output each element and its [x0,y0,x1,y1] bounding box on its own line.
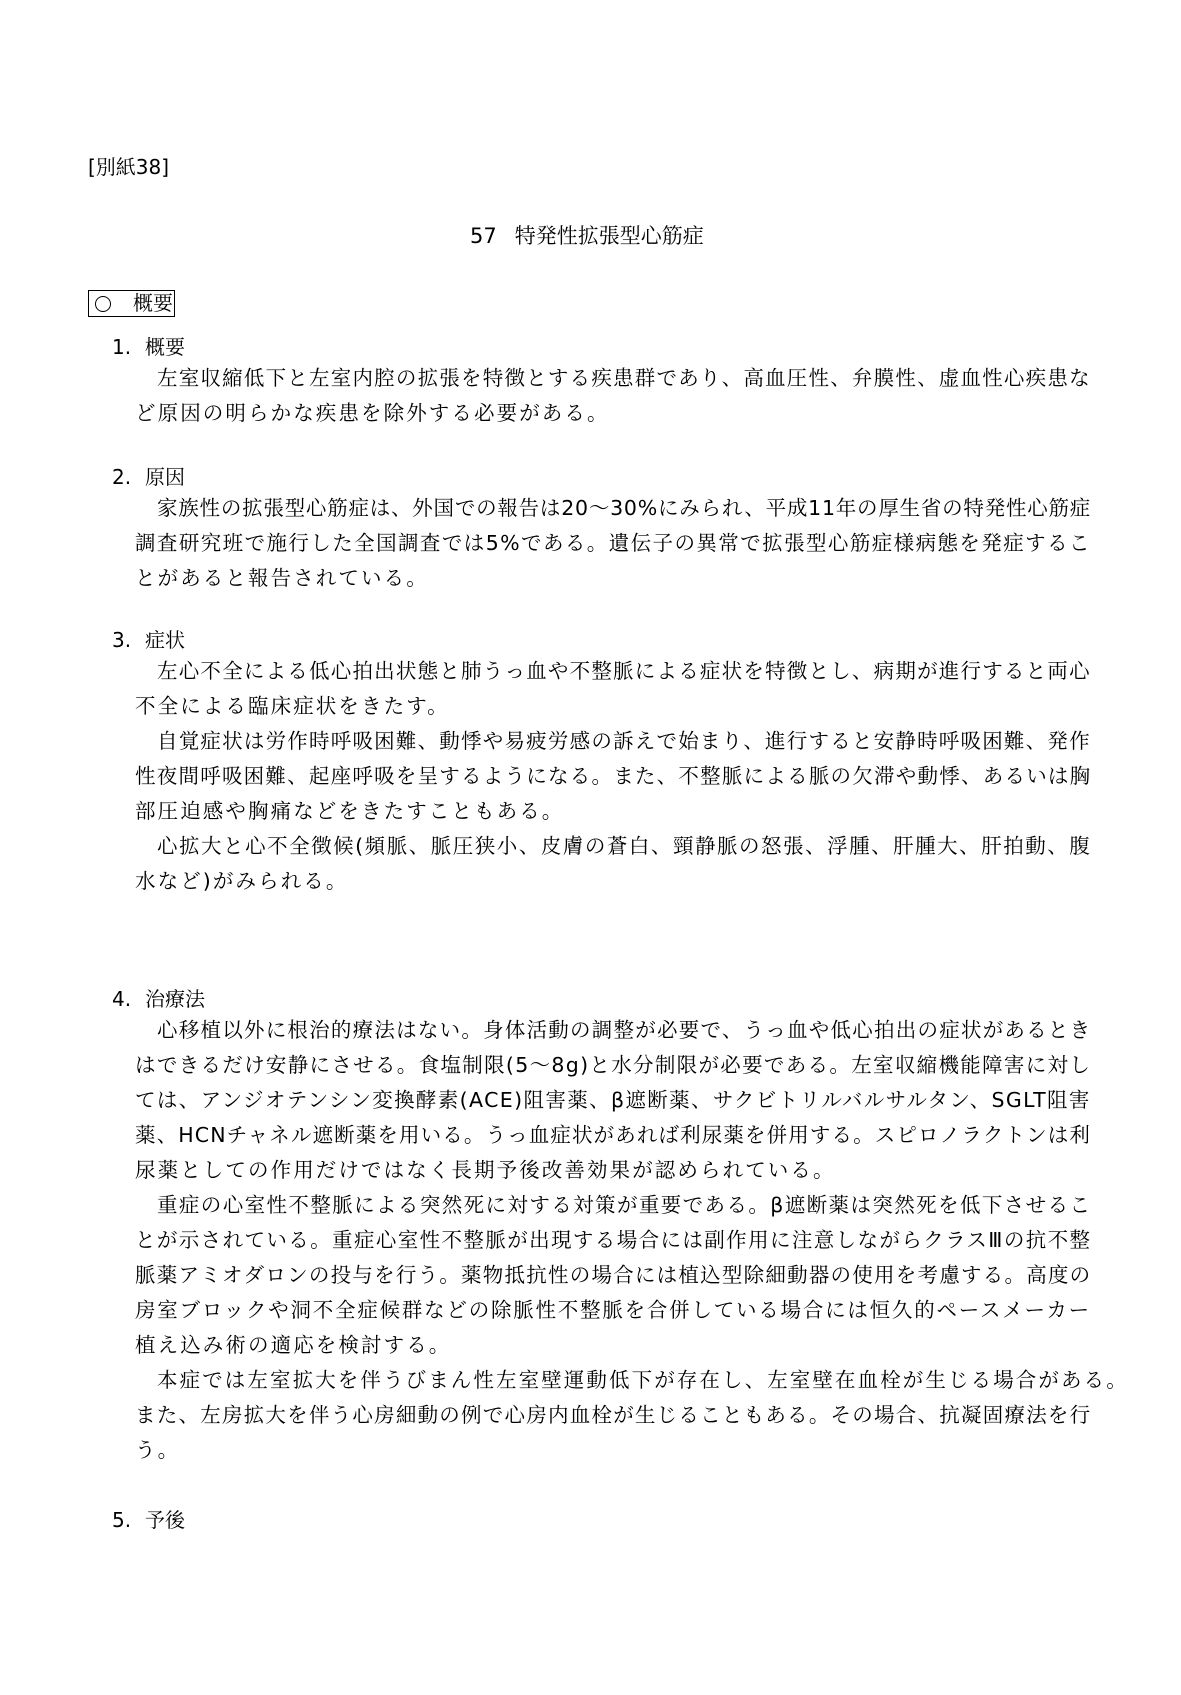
text-line: 自覚症状は労作時呼吸困難、動悸や易疲労感の訴えで始まり、進行すると安静時呼吸困難… [135,724,1091,759]
section-number: 5. [112,1506,145,1534]
text-line: 調査研究班で施行した全国調査では5%である。遺伝子の異常で拡張型心筋症様病態を発… [135,526,1091,561]
section-body: 心移植以外に根治的療法はない。身体活動の調整が必要で、うっ血や低心拍出の症状があ… [135,1013,1091,1468]
text-line: 家族性の拡張型心筋症は、外国での報告は20～30%にみられ、平成11年の厚生省の… [135,491,1091,526]
text-line: 薬、HCNチャネル遮断薬を用いる。うっ血症状があれば利尿薬を併用する。スピロノラ… [135,1118,1091,1153]
text-line: 脈薬アミオダロンの投与を行う。薬物抵抗性の場合には植込型除細動器の使用を考慮する… [135,1258,1091,1293]
section-title: 治療法 [145,987,205,1011]
text-line: とがあると報告されている。 [135,561,1091,596]
section-heading: 4.治療法 [112,985,1092,1013]
section-title: 症状 [145,628,185,652]
text-line: 植え込み術の適応を検討する。 [135,1328,1091,1363]
section-cause: 2.原因 家族性の拡張型心筋症は、外国での報告は20～30%にみられ、平成11年… [112,463,1092,596]
section-overview: 1.概要 左室収縮低下と左室内腔の拡張を特徴とする疾患群であり、高血圧性、弁膜性… [112,333,1092,431]
text-line: 部圧迫感や胸痛などをきたすこともある。 [135,794,1091,829]
text-line: 左室収縮低下と左室内腔の拡張を特徴とする疾患群であり、高血圧性、弁膜性、虚血性心… [135,361,1091,396]
text-line: ては、アンジオテンシン変換酵素(ACE)阻害薬、β遮断薬、サクビトリルバルサルタ… [135,1083,1091,1118]
section-number: 4. [112,985,145,1013]
text-line: 不全による臨床症状をきたす。 [135,689,1091,724]
text-line: 重症の心室性不整脈による突然死に対する対策が重要である。β遮断薬は突然死を低下さ… [135,1188,1091,1223]
text-line: 房室ブロックや洞不全症候群などの除脈性不整脈を合併している場合には恒久的ペースメ… [135,1293,1091,1328]
circle-icon [95,296,111,312]
section-symptoms: 3.症状 左心不全による低心拍出状態と肺うっ血や不整脈による症状を特徴とし、病期… [112,626,1092,899]
section-title: 原因 [145,465,185,489]
section-body: 家族性の拡張型心筋症は、外国での報告は20～30%にみられ、平成11年の厚生省の… [135,491,1091,596]
section-heading: 1.概要 [112,333,1092,361]
text-line: 性夜間呼吸困難、起座呼吸を呈するようになる。また、不整脈による脈の欠滞や動悸、あ… [135,759,1091,794]
page-title: 57特発性拡張型心筋症 [470,222,704,250]
text-line: 本症では左室拡大を伴うびまん性左室壁運動低下が存在し、左室壁在血栓が生じる場合が… [135,1363,1091,1398]
section-heading: 2.原因 [112,463,1092,491]
text-line: 心移植以外に根治的療法はない。身体活動の調整が必要で、うっ血や低心拍出の症状があ… [135,1013,1091,1048]
overview-section-box: 概要 [88,290,175,317]
section-body: 左室収縮低下と左室内腔の拡張を特徴とする疾患群であり、高血圧性、弁膜性、虚血性心… [135,361,1091,431]
text-line: はできるだけ安静にさせる。食塩制限(5～8g)と水分制限が必要である。左室収縮機… [135,1048,1091,1083]
section-prognosis: 5.予後 [112,1506,1092,1534]
text-line: また、左房拡大を伴う心房細動の例で心房内血栓が生じることもある。その場合、抗凝固… [135,1398,1091,1433]
section-body: 左心不全による低心拍出状態と肺うっ血や不整脈による症状を特徴とし、病期が進行する… [135,654,1091,899]
section-title: 概要 [145,335,185,359]
section-box-label: 概要 [133,291,173,315]
section-heading: 3.症状 [112,626,1092,654]
document-page: [別紙38] 57特発性拡張型心筋症 概要 1.概要 左室収縮低下と左室内腔の拡… [0,0,1181,1695]
annex-label: [別紙38] [88,153,169,181]
text-line: 左心不全による低心拍出状態と肺うっ血や不整脈による症状を特徴とし、病期が進行する… [135,654,1091,689]
section-number: 1. [112,333,145,361]
text-line: ど原因の明らかな疾患を除外する必要がある。 [135,396,1091,431]
text-line: 尿薬としての作用だけではなく長期予後改善効果が認められている。 [135,1153,1091,1188]
title-number: 57 [470,224,497,248]
text-line: とが示されている。重症心室性不整脈が出現する場合には副作用に注意しながらクラスⅢ… [135,1223,1091,1258]
section-heading: 5.予後 [112,1506,1092,1534]
text-line: 心拡大と心不全徴候(頻脈、脈圧狭小、皮膚の蒼白、頸静脈の怒張、浮腫、肝腫大、肝拍… [135,829,1091,864]
section-number: 3. [112,626,145,654]
section-title: 予後 [145,1508,185,1532]
section-treatment: 4.治療法 心移植以外に根治的療法はない。身体活動の調整が必要で、うっ血や低心拍… [112,985,1092,1468]
section-number: 2. [112,463,145,491]
title-text: 特発性拡張型心筋症 [515,224,704,248]
text-line: う。 [135,1433,1091,1468]
text-line: 水など)がみられる。 [135,864,1091,899]
